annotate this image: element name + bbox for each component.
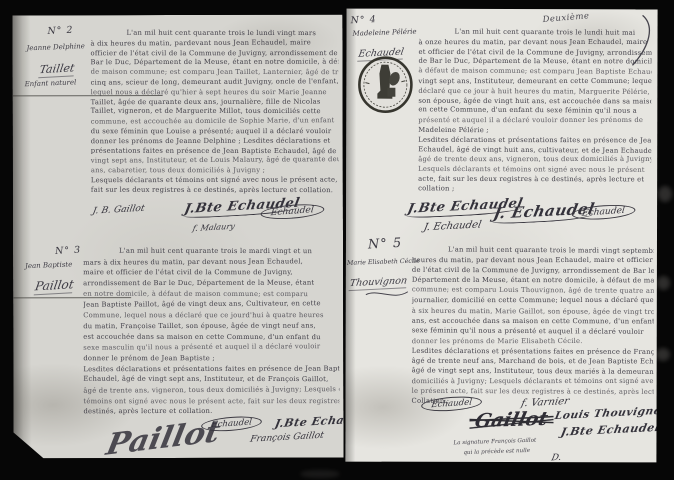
left-register-page: N° 2 Jeanne Delphine Taillet Enfant natu… [12,15,343,459]
manuscript-line: Commune, lequel nous a déclaré que ce jo… [83,310,339,321]
manuscript-line: ans, cabaretier, tous deux domiciliés à … [91,166,339,176]
right-register-page: Deuxième N° 4 Madeleine Pélérie Echaudel… [345,9,657,463]
act4-signature-declarant: Louis Thouvignon [554,404,658,422]
official-stamp-icon [356,55,414,115]
scan-smudge [657,276,670,290]
manuscript-line: arrondissement de Bar le Duc, Départemen… [83,278,339,289]
act3-margin-surname: Echaudel [357,47,404,62]
manuscript-line: à onze heures du matin, par devant nous … [419,38,652,48]
annulment-note-line1: La signature François Gaillot [453,438,536,447]
manuscript-line: et officier de l'état civil de la Commun… [418,47,651,58]
act4-struck-signature: Gaillot [475,409,547,431]
manuscript-line: L'an mil huit cent quarante trois le mar… [83,246,339,257]
act2-margin-surname: Paillot [34,277,75,295]
manuscript-line: domiciliés à Juvigny; Lesquels déclarant… [412,376,654,386]
struck-signature-text: Gaillot [473,408,550,432]
manuscript-line: vingt sept ans, Instituteur, demeurant e… [418,77,651,87]
manuscript-line: Madeleine Pélérie ; [418,126,651,137]
act4-margin-surname: Thouvignon [349,275,408,291]
act1-signature-witness1: J. B. Gaillot [92,204,146,217]
folio-annotation: Deuxième [542,11,590,25]
act2-margin-number: N° 3 [55,245,82,257]
act2-margin-given-name: Jean Baptiste [25,260,73,270]
manuscript-line: donner les prénoms de Jeanne Delphine ; … [91,136,339,146]
manuscript-line: sexe féminin qu'il nous a présenté et au… [412,325,654,337]
manuscript-line: à six heures du matin, Marie Gaillot, so… [412,305,654,316]
manuscript-line: fait sur les deux registres à ce destiné… [91,185,339,195]
manuscript-line: commune, est accouchée au domicile de So… [91,116,339,127]
manuscript-line: maire et officier de l'état civil de la … [83,268,339,279]
manuscript-line: âgé de trente deux ans, vigneron, tous d… [418,155,651,165]
manuscript-line: âgé de trente ans, vigneron, tous deux d… [83,384,339,396]
manuscript-line: le présent acte, fait sur les deux regis… [412,386,654,397]
manuscript-line: donner le prénom de Jean Baptiste ; [83,353,339,364]
manuscript-line: journalier, domicilié en cette Commune; … [412,295,654,305]
annulment-note-line2: qui la précède est nulle [463,448,530,456]
manuscript-line: cinq ans, scieur de long, demeurant audi… [91,77,339,88]
act2-signature-declarant: Paillot [103,414,223,458]
act3-body-text: L'an mil huit cent quarante trois le lun… [418,28,651,195]
act1-margin-surname: Taillet [38,61,75,78]
manuscript-line: du sexe féminin que Louise a présenté; a… [91,127,339,137]
scan-smudge [658,186,672,202]
act3-margin-number: N° 4 [350,14,377,26]
act1-body-text: L'an mil huit cent quarante trois le lun… [90,29,338,196]
manuscript-line: Jean Baptiste Paillot, âgé de vingt deux… [83,299,339,311]
act3-signature-witness2: J. Echaudel [423,219,483,233]
act1-signature-witness3: f. Malaury [192,222,236,233]
manuscript-line: Lesquels déclarants et témoins ont signé… [418,165,651,176]
manuscript-line: à dix heures du matin, pardevant nous Je… [90,38,338,49]
act4-margin-given-name: Marie Elisabeth Cécile [347,258,420,267]
scan-smudge [656,348,670,361]
scan-smudge [300,470,340,478]
manuscript-line: présenté et auquel il a déclaré vouloir … [418,116,651,126]
manuscript-line: de l'état civil de la Commune de Juvigny… [412,265,654,276]
act1-margin-number: N° 2 [47,25,74,37]
act4-body-text: L'an mil huit cent quarante trois le mar… [412,245,654,407]
act2-body-text: L'an mil huit cent quarante trois le mar… [83,246,339,418]
manuscript-line: déclaré que ce jour à huit heures du mat… [418,87,651,98]
act1-margin-note: Enfant naturel [24,78,76,88]
manuscript-line: témoins ont signé avec nous le présent a… [83,396,339,407]
manuscript-line: officier de l'état civil de la Commune d… [91,49,339,59]
act4-signature-witness2: J.Bte Echaudel [560,421,658,439]
manuscript-line: donner les prénoms de Marie Elisabeth Cé… [412,336,654,346]
manuscript-line: Lesdites déclarations et présentations f… [412,346,654,357]
act3-margin-given-name: Madeleine Pélérie [352,28,416,38]
act4-margin-number: N° 5 [368,236,403,253]
manuscript-line: du matin, Françoise Taillet, son épouse,… [83,320,339,331]
paraph-mark: D. [550,453,562,462]
manuscript-line: Lesquels déclarants et témoins ont signé… [91,176,339,186]
act1-margin-given-name: Jeanne Delphine [26,42,85,52]
register-scan: N° 2 Jeanne Delphine Taillet Enfant natu… [0,0,674,480]
manuscript-line: vingt sept ans, Instituteur, et de Louis… [91,156,339,167]
manuscript-line: sexe masculin qu'il nous a présenté et a… [83,341,339,353]
manuscript-line: lequel nous a déclaré qu'hier à sept heu… [91,88,339,98]
act2-signature-witness2: François Gaillot [249,431,325,445]
manuscript-line: Lesdites déclarations et présentations f… [418,136,651,146]
manuscript-line: collation ; [418,184,651,195]
manuscript-line: heures du matin, par devant nous Jean Ec… [412,255,654,265]
